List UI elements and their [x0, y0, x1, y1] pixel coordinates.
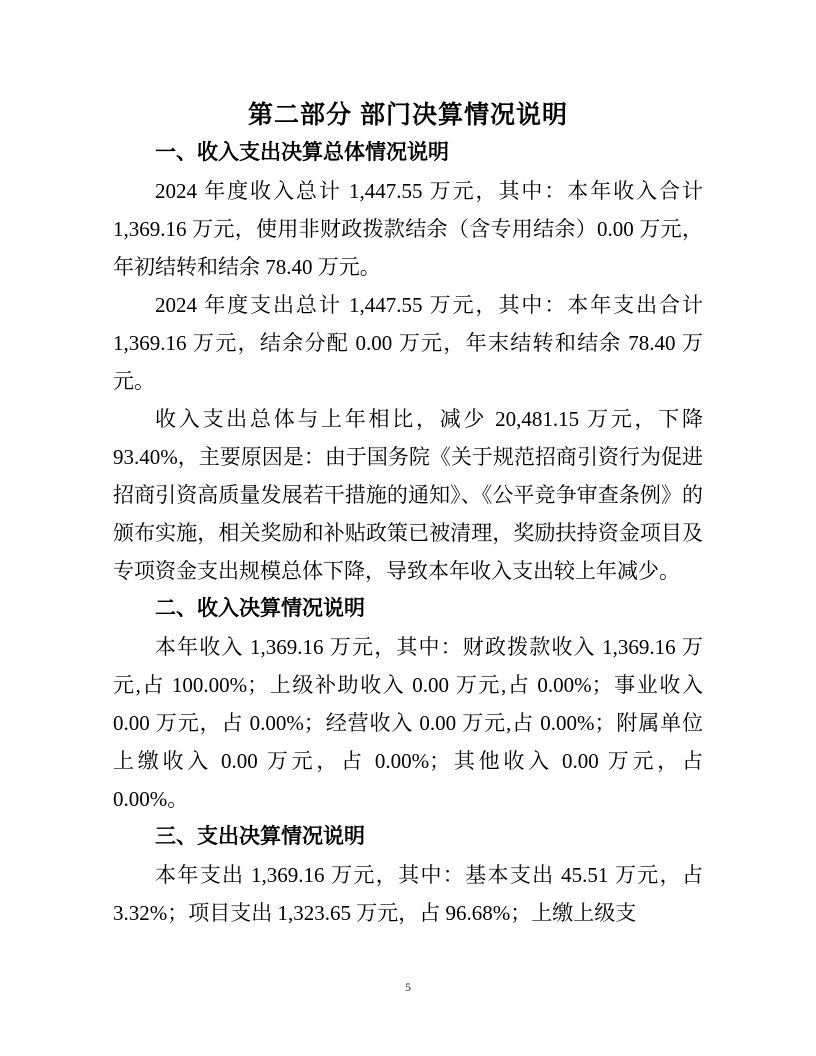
page-footer: 5: [0, 980, 816, 994]
section-heading-expenditure: 三、支出决算情况说明: [113, 818, 703, 856]
section-expenditure: 三、支出决算情况说明 本年支出 1,369.16 万元，其中：基本支出 45.5…: [113, 818, 703, 932]
paragraph-income-detail: 本年收入 1,369.16 万元，其中：财政拨款收入 1,369.16 万元,占…: [113, 628, 703, 818]
page-number: 5: [405, 980, 411, 994]
paragraph-expenditure-total: 2024 年度支出总计 1,447.55 万元，其中：本年支出合计 1,369.…: [113, 286, 703, 400]
paragraph-expenditure-detail: 本年支出 1,369.16 万元，其中：基本支出 45.51 万元，占 3.32…: [113, 856, 703, 932]
section-heading-overall: 一、收入支出决算总体情况说明: [113, 134, 703, 172]
section-heading-income: 二、收入决算情况说明: [113, 590, 703, 628]
section-overall: 一、收入支出决算总体情况说明 2024 年度收入总计 1,447.55 万元，其…: [113, 134, 703, 590]
document-title: 第二部分 部门决算情况说明: [113, 96, 703, 134]
section-income: 二、收入决算情况说明 本年收入 1,369.16 万元，其中：财政拨款收入 1,…: [113, 590, 703, 818]
document-page: 第二部分 部门决算情况说明 一、收入支出决算总体情况说明 2024 年度收入总计…: [0, 0, 816, 1056]
paragraph-income-total: 2024 年度收入总计 1,447.55 万元，其中：本年收入合计 1,369.…: [113, 172, 703, 286]
paragraph-year-comparison: 收入支出总体与上年相比，减少 20,481.15 万元，下降 93.40%，主要…: [113, 400, 703, 590]
